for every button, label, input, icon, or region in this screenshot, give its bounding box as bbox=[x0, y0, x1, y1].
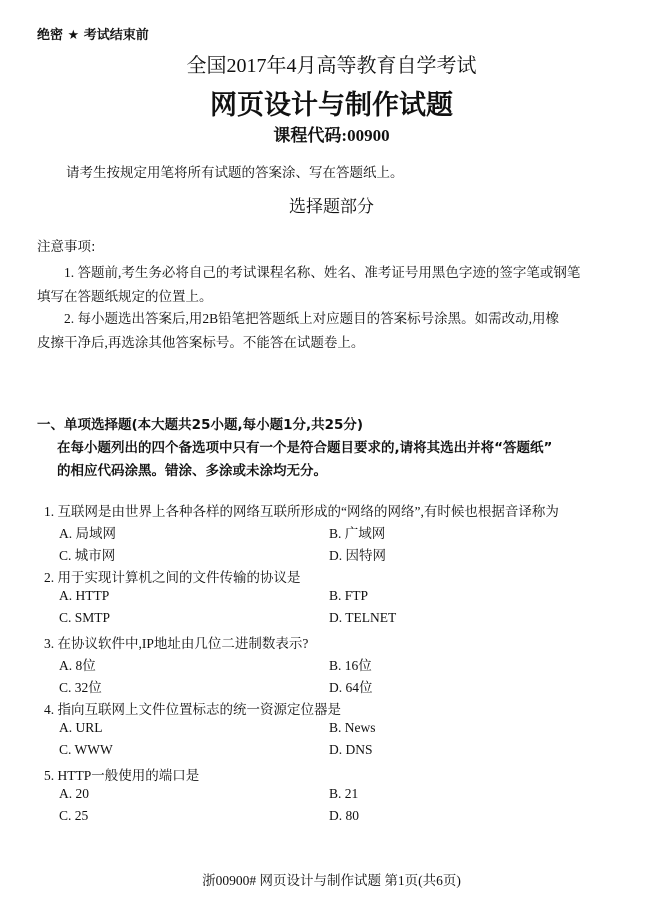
section-desc-line1: 在每小题列出的四个备选项中只有一个是符合题目要求的,请将其选出并将“答题纸” bbox=[57, 436, 552, 456]
question-2-option-a: A. HTTP bbox=[59, 588, 109, 604]
page-footer: 浙00900# 网页设计与制作试题 第1页(共6页) bbox=[0, 869, 663, 889]
question-2-option-d: D. TELNET bbox=[329, 610, 396, 626]
question-2-option-c: C. SMTP bbox=[59, 610, 110, 626]
question-5-option-b: B. 21 bbox=[329, 786, 358, 802]
notice-item-1-line2: 填写在答题纸规定的位置上。 bbox=[37, 285, 213, 305]
notice-item-2-line1: 2. 每小题选出答案后,用2B铅笔把答题纸上对应题目的答案标号涂黑。如需改动,用… bbox=[64, 307, 559, 327]
question-1-text: 1. 互联网是由世界上各种各样的网络互联所形成的“网络的网络”,有时候也根据音译… bbox=[44, 500, 559, 520]
question-1-option-b: B. 广域网 bbox=[329, 522, 385, 542]
question-3-option-a: A. 8位 bbox=[59, 654, 96, 674]
question-3-option-b: B. 16位 bbox=[329, 654, 372, 674]
question-1-option-a: A. 局域网 bbox=[59, 522, 116, 542]
question-5-option-c: C. 25 bbox=[59, 808, 88, 824]
question-5-text: 5. HTTP一般使用的端口是 bbox=[44, 764, 199, 784]
question-2-option-b: B. FTP bbox=[329, 588, 368, 604]
question-4-option-b: B. News bbox=[329, 720, 376, 736]
question-4-option-a: A. URL bbox=[59, 720, 103, 736]
answer-instruction: 请考生按规定用笔将所有试题的答案涂、写在答题纸上。 bbox=[66, 161, 404, 181]
section-desc-line2: 的相应代码涂黑。错涂、多涂或未涂均无分。 bbox=[57, 459, 327, 479]
question-5-option-d: D. 80 bbox=[329, 808, 359, 824]
notice-item-1-line1: 1. 答题前,考生务必将自己的考试课程名称、姓名、准考证号用黑色字迹的签字笔或钢… bbox=[64, 261, 580, 281]
question-4-option-d: D. DNS bbox=[329, 742, 373, 758]
question-4-option-c: C. WWW bbox=[59, 742, 113, 758]
question-3-option-d: D. 64位 bbox=[329, 676, 373, 696]
question-3-text: 3. 在协议软件中,IP地址由几位二进制数表示? bbox=[44, 632, 308, 652]
course-code: 课程代码:00900 bbox=[0, 121, 663, 146]
question-3-option-c: C. 32位 bbox=[59, 676, 102, 696]
question-5-option-a: A. 20 bbox=[59, 786, 89, 802]
confidential-label: 绝密 ★ 考试结束前 bbox=[37, 24, 149, 43]
question-2-text: 2. 用于实现计算机之间的文件传输的协议是 bbox=[44, 566, 301, 586]
part-title: 选择题部分 bbox=[0, 192, 663, 217]
exam-title: 全国2017年4月高等教育自学考试 bbox=[0, 49, 663, 78]
question-1-option-c: C. 城市网 bbox=[59, 544, 115, 564]
question-4-text: 4. 指向互联网上文件位置标志的统一资源定位器是 bbox=[44, 698, 341, 718]
notice-heading: 注意事项: bbox=[37, 235, 96, 255]
notice-item-2-line2: 皮擦干净后,再选涂其他答案标号。不能答在试题卷上。 bbox=[37, 331, 364, 351]
section-heading: 一、单项选择题(本大题共25小题,每小题1分,共25分) bbox=[37, 413, 363, 433]
question-1-option-d: D. 因特网 bbox=[329, 544, 386, 564]
subject-title: 网页设计与制作试题 bbox=[0, 83, 663, 122]
